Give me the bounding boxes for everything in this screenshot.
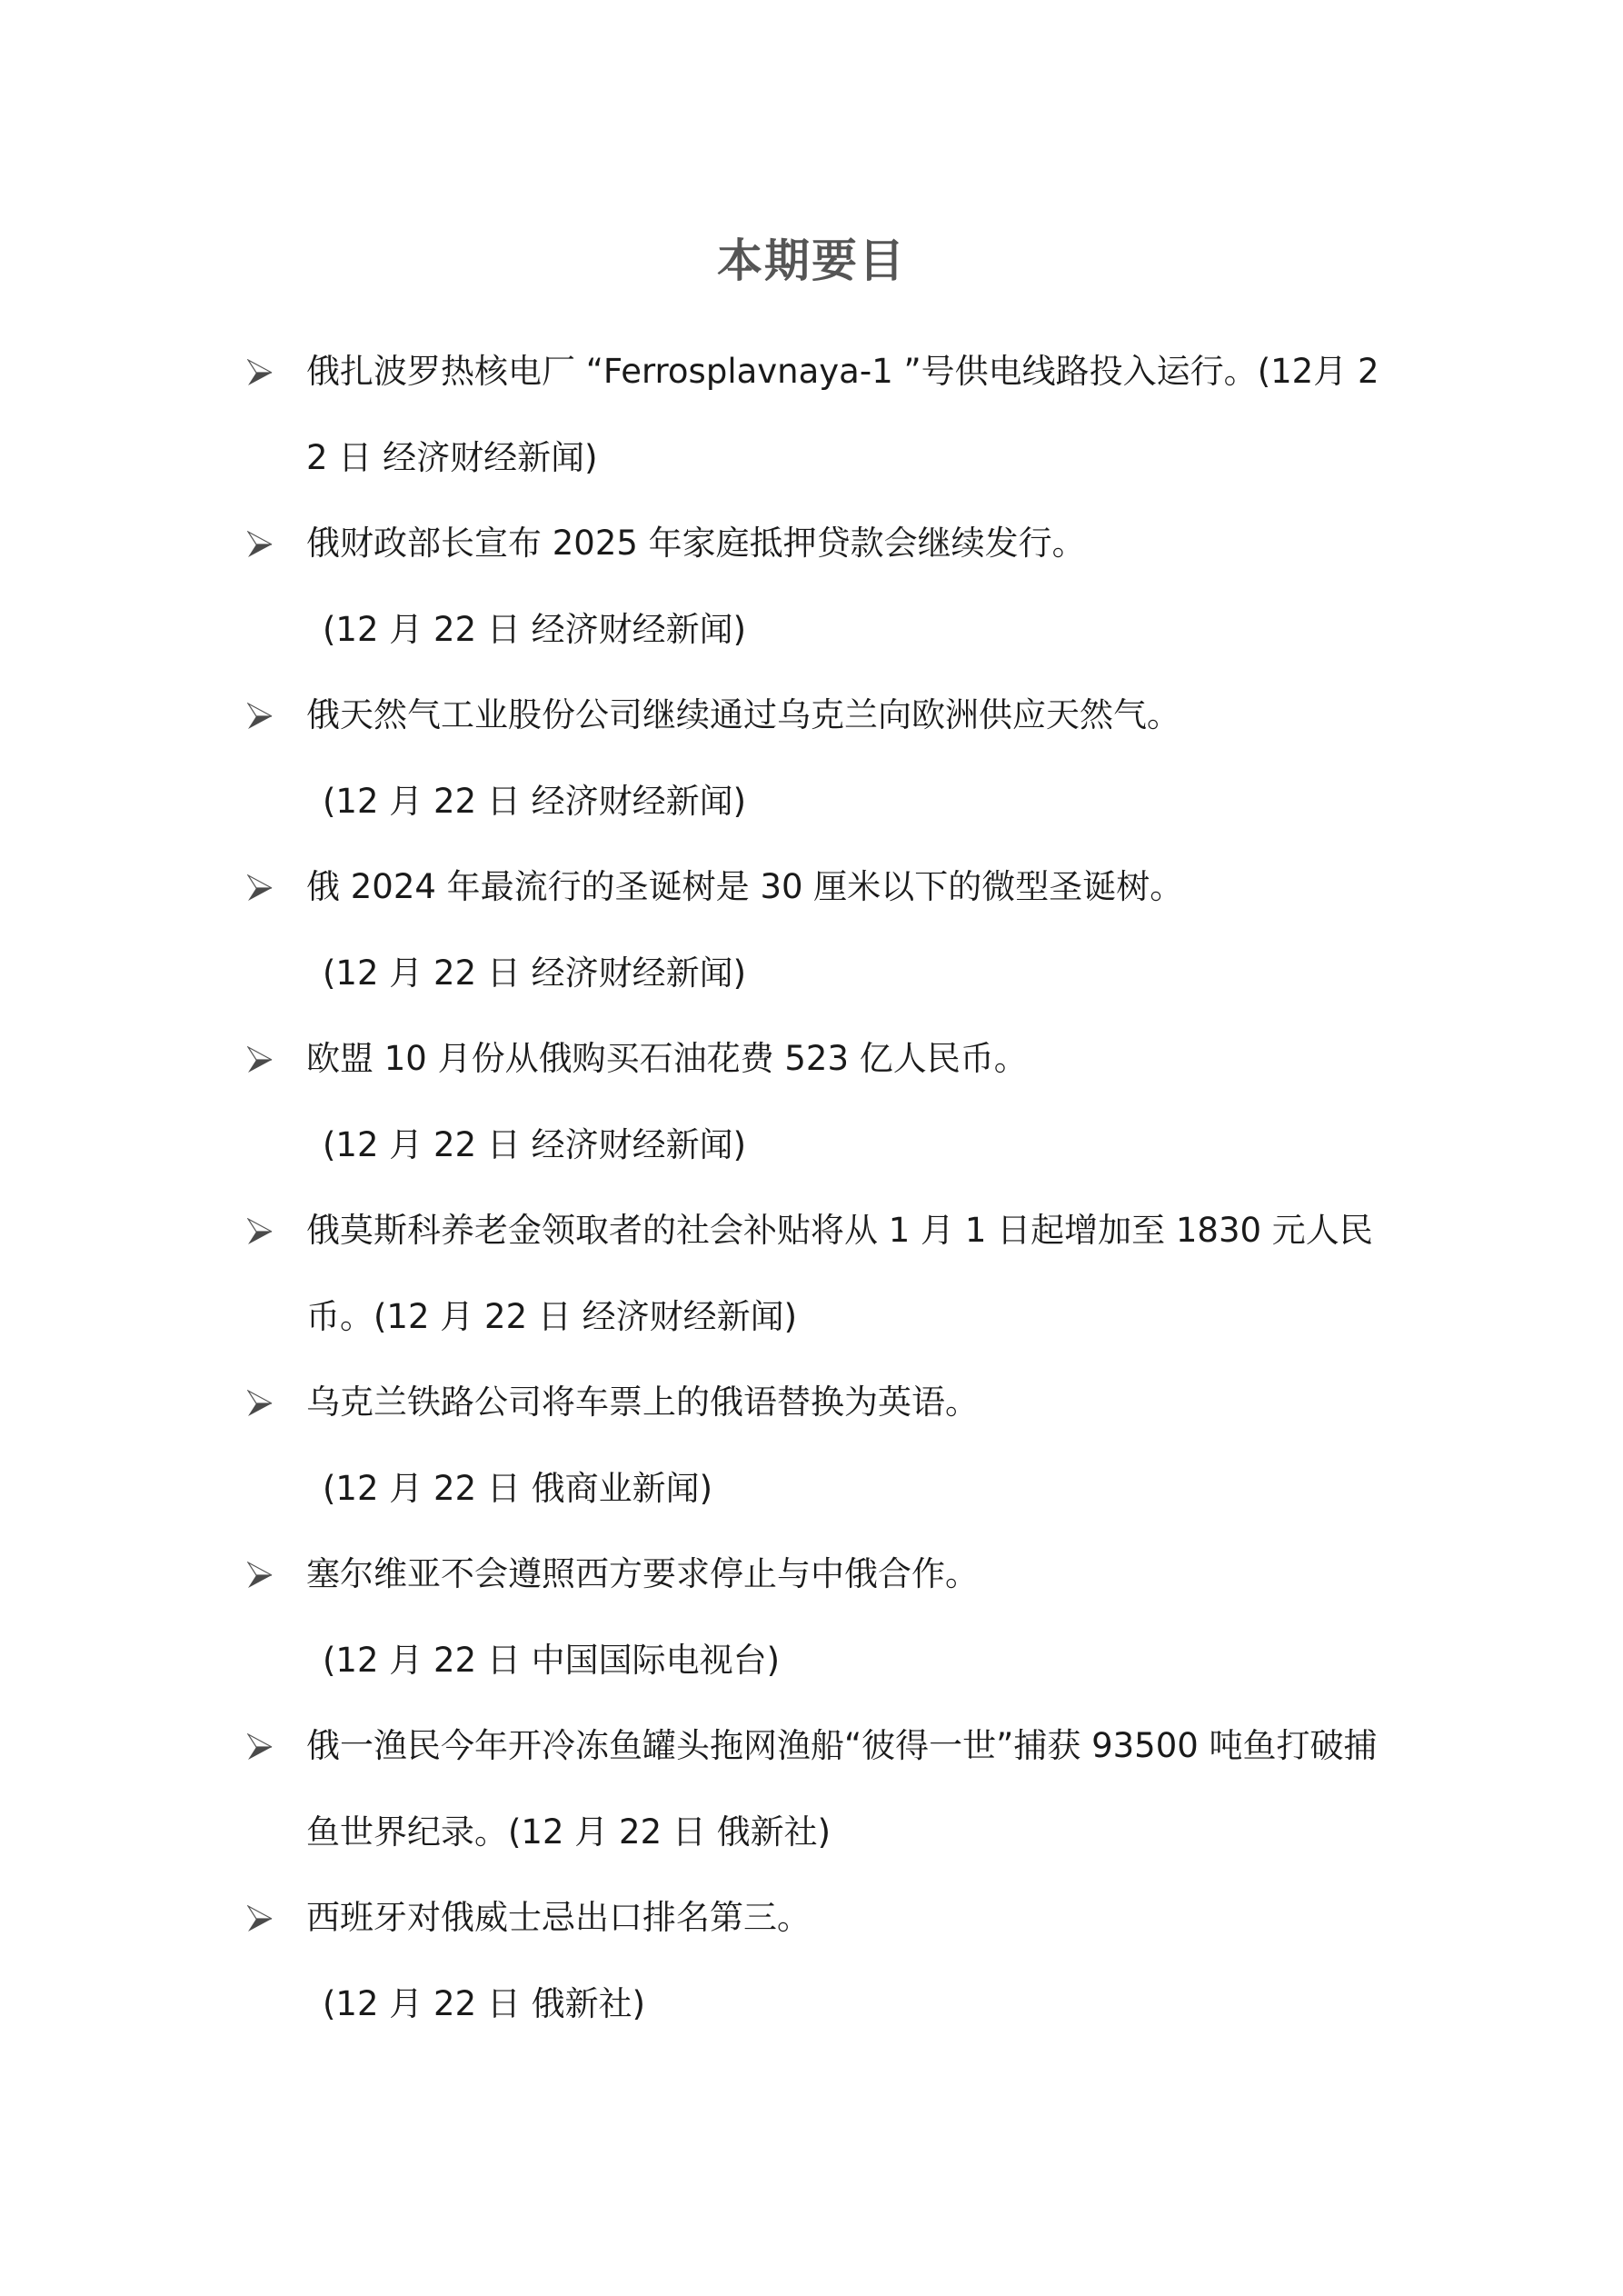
source-text: (12 月 22 日 经济财经新闻)	[306, 587, 1389, 674]
arrowhead-bullet-icon	[247, 1390, 273, 1417]
headline-text: 俄一渔民今年开冷冻鱼罐头拖网渔船“彼得一世”捕获 93500 吨鱼打破捕鱼世界纪…	[306, 1726, 1378, 1852]
list-item: 俄天然气工业股份公司继续通过乌克兰向欧洲供应天然气。 (12 月 22 日 经济…	[244, 673, 1389, 844]
arrowhead-bullet-icon	[247, 703, 273, 730]
list-item: 乌克兰铁路公司将车票上的俄语替换为英语。 (12 月 22 日 俄商业新闻)	[244, 1360, 1389, 1532]
list-item: 俄扎波罗热核电厂 “Ferrosplavnaya-1 ”号供电线路投入运行。(1…	[244, 329, 1389, 501]
list-item: 欧盟 10 月份从俄购买石油花费 523 亿人民币。 (12 月 22 日 经济…	[244, 1016, 1389, 1188]
headline-text: 西班牙对俄威士忌出口排名第三。	[306, 1898, 811, 1937]
source-text: (12 月 22 日 俄新社)	[306, 1962, 1389, 2048]
source-text: (12 月 22 日 经济财经新闻)	[306, 759, 1389, 845]
list-item: 俄财政部长宣布 2025 年家庭抵押贷款会继续发行。 (12 月 22 日 经济…	[244, 501, 1389, 673]
list-item: 俄 2024 年最流行的圣诞树是 30 厘米以下的微型圣诞树。 (12 月 22…	[244, 844, 1389, 1016]
headline-list: 俄扎波罗热核电厂 “Ferrosplavnaya-1 ”号供电线路投入运行。(1…	[244, 329, 1389, 2047]
headline-text: 俄天然气工业股份公司继续通过乌克兰向欧洲供应天然气。	[306, 695, 1180, 734]
arrowhead-bullet-icon	[247, 359, 273, 386]
source-text: (12 月 22 日 中国国际电视台)	[306, 1618, 1389, 1704]
arrowhead-bullet-icon	[247, 1046, 273, 1073]
headline-text: 俄 2024 年最流行的圣诞树是 30 厘米以下的微型圣诞树。	[306, 867, 1183, 906]
list-item: 塞尔维亚不会遵照西方要求停止与中俄合作。 (12 月 22 日 中国国际电视台)	[244, 1532, 1389, 1703]
list-item: 俄一渔民今年开冷冻鱼罐头拖网渔船“彼得一世”捕获 93500 吨鱼打破捕鱼世界纪…	[244, 1703, 1389, 1875]
arrowhead-bullet-icon	[247, 1905, 273, 1932]
headline-text: 乌克兰铁路公司将车票上的俄语替换为英语。	[306, 1383, 979, 1422]
source-text: (12 月 22 日 经济财经新闻)	[306, 1103, 1389, 1189]
headline-text: 塞尔维亚不会遵照西方要求停止与中俄合作。	[306, 1554, 979, 1593]
list-item: 俄莫斯科养老金领取者的社会补贴将从 1 月 1 日起增加至 1830 元人民币。…	[244, 1188, 1389, 1360]
source-text: (12 月 22 日 经济财经新闻)	[306, 931, 1389, 1017]
arrowhead-bullet-icon	[247, 531, 273, 558]
source-text: (12 月 22 日 经济财经新闻)	[373, 1297, 797, 1336]
arrowhead-bullet-icon	[247, 1562, 273, 1589]
headline-text: 俄扎波罗热核电厂 “Ferrosplavnaya-1 ”号供电线路投入运行。	[306, 352, 1258, 391]
arrowhead-bullet-icon	[247, 1733, 273, 1761]
source-text: (12 月 22 日 俄商业新闻)	[306, 1446, 1389, 1532]
headline-text: 俄财政部长宣布 2025 年家庭抵押贷款会继续发行。	[306, 524, 1086, 563]
list-item: 西班牙对俄威士忌出口排名第三。 (12 月 22 日 俄新社)	[244, 1875, 1389, 2047]
arrowhead-bullet-icon	[247, 874, 273, 902]
headline-text: 欧盟 10 月份从俄购买石油花费 523 亿人民币。	[306, 1039, 1028, 1078]
page-title: 本期要目	[0, 229, 1623, 293]
source-text: (12 月 22 日 俄新社)	[508, 1812, 831, 1852]
arrowhead-bullet-icon	[247, 1218, 273, 1245]
